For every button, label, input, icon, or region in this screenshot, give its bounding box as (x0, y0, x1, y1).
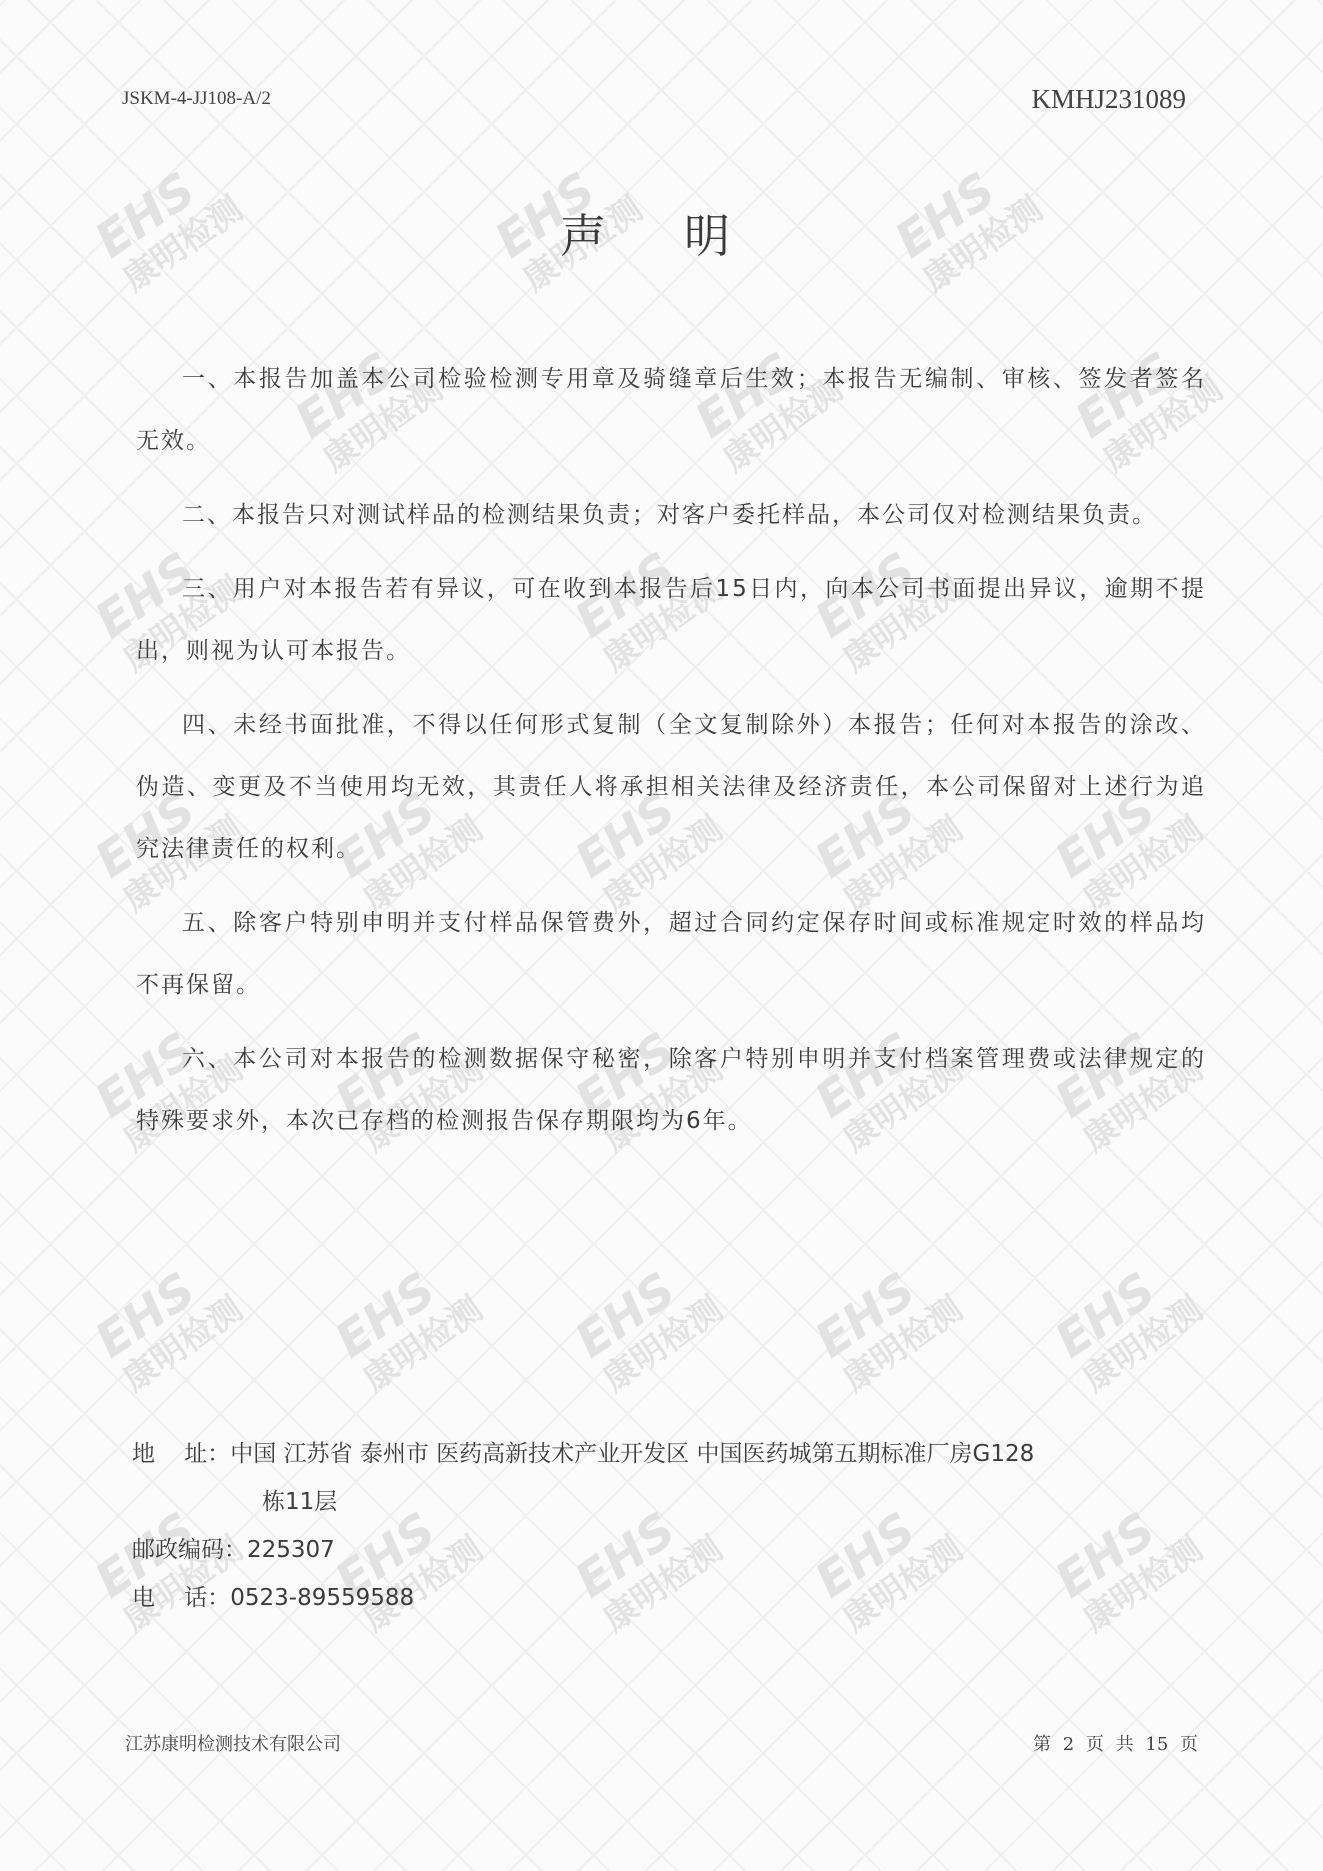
address-row: 地 址： 中国 江苏省 泰州市 医药高新技术产业开发区 中国医药城第五期标准厂房… (132, 1430, 1212, 1478)
statement-paragraph-4: 四、未经书面批准，不得以任何形式复制（全文复制除外）本报告；任何对本报告的涂改、… (136, 694, 1206, 880)
phone-label: 电 话： (132, 1574, 230, 1622)
statement-paragraph-3: 三、用户对本报告若有异议，可在收到本报告后15日内，向本公司书面提出异议，逾期不… (136, 558, 1206, 682)
phone-row: 电 话： 0523-89559588 (132, 1574, 1212, 1622)
watermark-stamp: EHS康明检测 (568, 1249, 729, 1397)
statement-paragraph-1: 一、本报告加盖本公司检验检测专用章及骑缝章后生效；本报告无编制、审核、签发者签名… (136, 348, 1206, 472)
watermark-stamp: EHS康明检测 (808, 1249, 969, 1397)
postcode-row: 邮政编码： 225307 (132, 1526, 1212, 1574)
address-continuation: 栋11层 (132, 1478, 1212, 1526)
watermark-stamp: EHS康明检测 (88, 1249, 249, 1397)
report-number: KMHJ231089 (1031, 84, 1186, 115)
statement-body: 一、本报告加盖本公司检验检测专用章及骑缝章后生效；本报告无编制、审核、签发者签名… (136, 348, 1206, 1164)
page-title: 声明 (560, 200, 808, 266)
statement-paragraph-6: 六、本公司对本报告的检测数据保守秘密，除客户特别申明并支付档案管理费或法律规定的… (136, 1028, 1206, 1152)
statement-paragraph-2: 二、本报告只对测试样品的检测结果负责；对客户委托样品，本公司仅对检测结果负责。 (136, 484, 1206, 546)
phone-value: 0523-89559588 (230, 1574, 414, 1622)
footer-company: 江苏康明检测技术有限公司 (125, 1730, 341, 1756)
form-code: JSKM-4-JJ108-A/2 (122, 88, 271, 110)
statement-paragraph-5: 五、除客户特别申明并支付样品保管费外，超过合同约定保存时间或标准规定时效的样品均… (136, 892, 1206, 1016)
contact-info: 地 址： 中国 江苏省 泰州市 医药高新技术产业开发区 中国医药城第五期标准厂房… (132, 1430, 1212, 1622)
watermark-stamp: EHS康明检测 (328, 1249, 489, 1397)
watermark-stamp: EHS康明检测 (1048, 1249, 1209, 1397)
watermark-stamp: EHS康明检测 (888, 149, 1049, 297)
address-value: 中国 江苏省 泰州市 医药高新技术产业开发区 中国医药城第五期标准厂房G128 (230, 1430, 1034, 1478)
postcode-label: 邮政编码： (132, 1526, 247, 1574)
watermark-stamp: EHS康明检测 (88, 149, 249, 297)
address-label: 地 址： (132, 1430, 230, 1478)
postcode-value: 225307 (247, 1526, 335, 1574)
page-number: 第 2 页 共 15 页 (1033, 1730, 1198, 1756)
